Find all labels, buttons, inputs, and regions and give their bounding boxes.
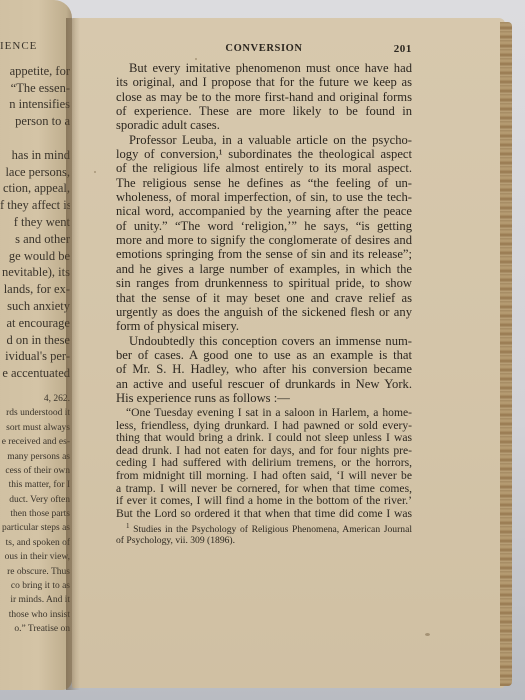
text-line: sporadic adult cases. bbox=[116, 118, 412, 132]
text-line: The religious sense he defines as “the f… bbox=[116, 176, 412, 190]
running-head: CONVERSION 201 bbox=[116, 43, 412, 61]
left-footnote-line: many persons as bbox=[0, 450, 70, 464]
left-line: n intensifies bbox=[0, 96, 70, 113]
foxing-spot bbox=[94, 171, 96, 173]
left-line: f they went bbox=[0, 214, 70, 231]
text-line: that the sense of it may beset one and c… bbox=[116, 291, 412, 305]
left-page-text: IENCE appetite, for “The essen- n intens… bbox=[0, 38, 70, 637]
left-line: e accentuated bbox=[0, 365, 70, 382]
footnote: 1 Studies in the Psychology of Religious… bbox=[116, 525, 412, 547]
quote-line: But the Lord so ordered it that when tha… bbox=[116, 508, 412, 521]
paragraph: But every imitative phenomenon must once… bbox=[116, 61, 412, 133]
left-line: s and other bbox=[0, 231, 70, 248]
left-line: such anxiety bbox=[0, 298, 70, 315]
text-line: more and more to signify the conglomerat… bbox=[116, 233, 412, 247]
text-line: emotions springing from the sense of sin… bbox=[116, 247, 412, 261]
quote-line: from midnight till morning. I had often … bbox=[116, 470, 412, 483]
left-footnote-line: duct. Very often bbox=[0, 493, 70, 507]
text-line: of the religious life almost entirely to… bbox=[116, 161, 412, 175]
left-footnote-line: particular steps as bbox=[0, 521, 70, 535]
paragraph: Undoubtedly this conception covers an im… bbox=[116, 334, 412, 406]
foxing-spot bbox=[425, 633, 430, 636]
text-line: His experience runs as follows :— bbox=[116, 391, 412, 405]
text-line: of unity.” “The word ‘religion,’” he say… bbox=[116, 219, 412, 233]
left-footnote-line: 4, 262. bbox=[0, 392, 70, 406]
text-line: its original, and I propose that for the… bbox=[116, 75, 412, 89]
left-footnote-line: this matter, for I bbox=[0, 478, 70, 492]
page-number: 201 bbox=[394, 43, 412, 55]
text-line: of experience. These are more likely to … bbox=[116, 104, 412, 118]
left-line: “The essen- bbox=[0, 80, 70, 97]
text-line: form of physical misery. bbox=[116, 319, 412, 333]
left-footnote-line: those who insist bbox=[0, 608, 70, 622]
left-line: at encourage bbox=[0, 315, 70, 332]
text-line: sin ranges from drunkenness to spiritual… bbox=[116, 276, 412, 290]
text-line: wholeness, of moral imperfection, of sin… bbox=[116, 190, 412, 204]
left-footnote-line: o.” Treatise on bbox=[0, 622, 70, 636]
running-title: CONVERSION bbox=[116, 43, 412, 54]
left-footnote-line: ous in their view, bbox=[0, 550, 70, 564]
left-footnote-line: ts, and spoken of bbox=[0, 536, 70, 550]
text-line: But every imitative phenomenon must once… bbox=[116, 61, 412, 75]
page-edge-foxing bbox=[500, 22, 512, 686]
left-running-head: IENCE bbox=[0, 38, 70, 55]
text-line: close as may be to the more first-hand a… bbox=[116, 90, 412, 104]
left-line: appetite, for bbox=[0, 63, 70, 80]
left-line: ividual's per- bbox=[0, 348, 70, 365]
left-line bbox=[0, 130, 70, 147]
left-footnote-line: sort must always bbox=[0, 421, 70, 435]
paragraph: Professor Leuba, in a valuable article o… bbox=[116, 133, 412, 334]
quote-line: “One Tuesday evening I sat in a saloon i… bbox=[116, 407, 412, 420]
text-line: urgently as does the anguish of the sick… bbox=[116, 305, 412, 319]
left-footnote-line: rds understood it bbox=[0, 406, 70, 420]
text-line: Undoubtedly this conception covers an im… bbox=[116, 334, 412, 348]
left-line: person to a bbox=[0, 113, 70, 130]
page-content: CONVERSION 201 But every imitative pheno… bbox=[116, 43, 412, 547]
quote-line: if ever it comes, I will find a home in … bbox=[116, 495, 412, 508]
text-line: Professor Leuba, in a valuable article o… bbox=[116, 133, 412, 147]
quote-line: thing that would bring a drink. I could … bbox=[116, 432, 412, 445]
left-line: nevitable), its bbox=[0, 264, 70, 281]
left-footnote-line: re obscure. Thus bbox=[0, 565, 70, 579]
left-line: has in mind bbox=[0, 147, 70, 164]
text-line: logy of conversion,¹ subordinates the th… bbox=[116, 147, 412, 161]
left-footnote-line: cess of their own bbox=[0, 464, 70, 478]
left-line: f they affect is bbox=[0, 197, 70, 214]
text-line: nical word, accompanied by the yearning … bbox=[116, 204, 412, 218]
left-line: lands, for ex- bbox=[0, 281, 70, 298]
left-footnote-line: e received and es- bbox=[0, 435, 70, 449]
left-line: d on in these bbox=[0, 332, 70, 349]
left-footnote-line: ir minds. And it bbox=[0, 593, 70, 607]
text-line: and he gives a large number of examples,… bbox=[116, 262, 412, 276]
text-line: of Mr. S. H. Hadley, who after his conve… bbox=[116, 362, 412, 376]
footnote-marker: 1 bbox=[126, 522, 130, 530]
text-line: an active and useful rescuer of drunkard… bbox=[116, 377, 412, 391]
left-line: ction, appeal, bbox=[0, 180, 70, 197]
left-footnote-line: then those parts bbox=[0, 507, 70, 521]
block-quote: “One Tuesday evening I sat in a saloon i… bbox=[116, 407, 412, 520]
left-line: ge would be bbox=[0, 248, 70, 265]
text-line: ber of cases. A good one to use as an ex… bbox=[116, 348, 412, 362]
left-footnote-line: co bring it to as bbox=[0, 579, 70, 593]
gutter-shadow bbox=[66, 18, 80, 690]
left-facing-page: IENCE appetite, for “The essen- n intens… bbox=[0, 0, 72, 690]
footnote-text: Studies in the Psychology of Religious P… bbox=[133, 524, 412, 535]
footnote-line: of Psychology, vii. 309 (1896). bbox=[116, 536, 412, 547]
left-line: lace persons, bbox=[0, 164, 70, 181]
